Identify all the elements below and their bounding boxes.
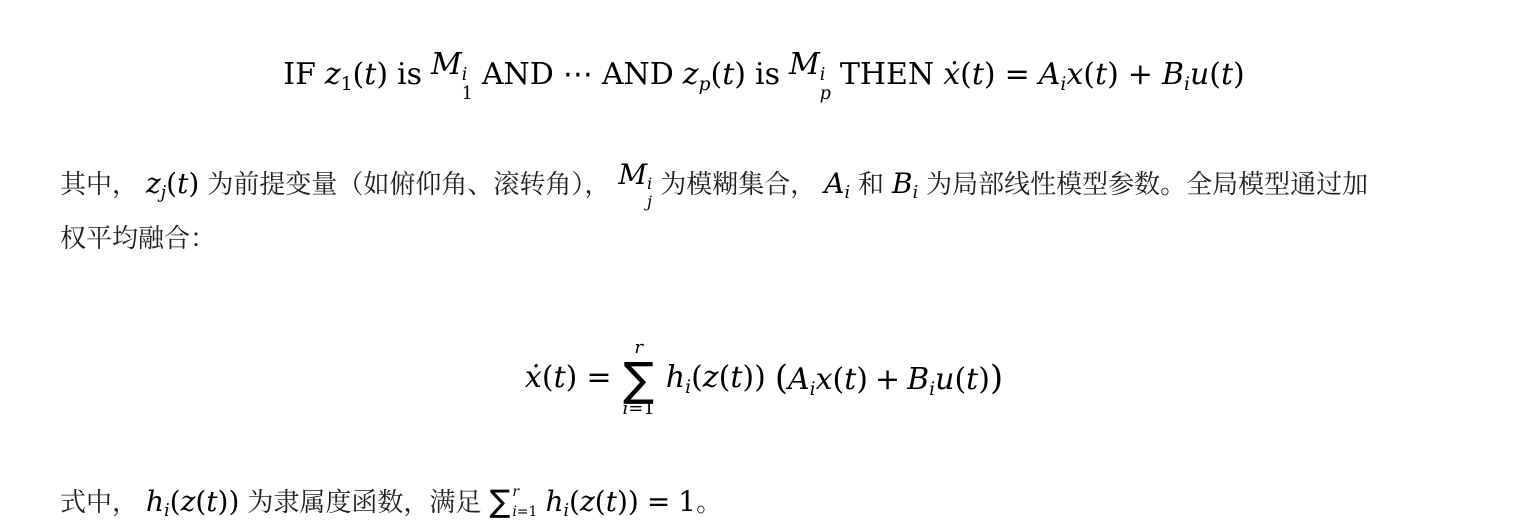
lparen: ( [711, 57, 723, 92]
sigma-symbol: ∑ [489, 487, 510, 518]
text-fuzzy-set: 为模糊集合， [660, 169, 816, 200]
text-local-linear-model: 为局部线性模型参数。全局模型通过加 [926, 169, 1368, 200]
rparen: ) [566, 360, 578, 395]
rparen: ) [376, 57, 388, 92]
rparen: ) [734, 57, 746, 92]
lparen: ( [832, 362, 844, 397]
lparen: ( [1083, 57, 1095, 92]
text-period: 。 [696, 487, 722, 517]
inline-math-zj-of-t: zj(t) [146, 167, 199, 201]
var-t: t [606, 485, 617, 518]
keyword-and: AND [482, 58, 554, 93]
global-model-formula: ẋ(t) = r ∑ i=1 hi(z(t)) (Aix(t)+Biu(t)) [60, 339, 1468, 418]
var-z: z [181, 485, 196, 518]
subscript-i: i [1060, 74, 1066, 95]
sum-lower-limit: i=1 [512, 505, 537, 519]
scripts-i-over-j: ij [647, 175, 652, 210]
term-one-period: 1。 [678, 486, 722, 518]
number-one: 1 [678, 485, 696, 518]
sum-lower-limit: i=1 [622, 400, 654, 418]
var-t: t [844, 362, 856, 397]
lparen: ( [954, 362, 966, 397]
paragraph1-line1: 其中， zj(t) 为前提变量（如俯仰角、滚转角）， Mij 为模糊集合， Ai… [60, 157, 1468, 211]
term-M1-sup-i: Mi1 [431, 48, 473, 103]
var-A: A [824, 167, 844, 200]
term-xdot-of-t: ẋ(t) [525, 361, 577, 396]
subscript-i: i [844, 183, 850, 203]
subscript-i: i [913, 183, 919, 203]
superscript-i: i [462, 66, 468, 84]
var-h: h [666, 360, 685, 395]
keyword-then: THEN [840, 58, 934, 93]
var-z: z [325, 57, 341, 92]
lparen: ( [195, 485, 206, 518]
var-t: t [177, 167, 188, 200]
term-zp-of-t: zp(t) [683, 58, 746, 93]
var-t: t [972, 57, 984, 92]
lparen: ( [353, 57, 365, 92]
plus-sign: + [1128, 58, 1153, 93]
keyword-and: AND [602, 58, 674, 93]
subscript-i: i [164, 501, 170, 521]
term-Ax-plus-Bu: (Aix(t)+Biu(t)) [775, 359, 1003, 398]
sum-side-limits: ri=1 [512, 485, 537, 519]
summation-operator: r ∑ i=1 [620, 339, 656, 418]
lparen: ( [542, 360, 554, 395]
cdots: ⋯ [563, 58, 593, 93]
document-page: IF z1(t) is Mi1 AND ⋯ AND zp(t) is Mip T… [0, 0, 1528, 528]
var-t: t [966, 362, 978, 397]
var-t: t [1095, 57, 1107, 92]
var-t: t [554, 360, 566, 395]
equals-sign: = [586, 361, 611, 396]
var-z: z [683, 57, 699, 92]
var-M: M [431, 47, 462, 82]
rparen: ) [742, 360, 754, 395]
var-u: u [935, 362, 954, 397]
superscript-i: i [820, 66, 826, 84]
scripts-i-over-1: i1 [462, 66, 473, 104]
text-weighted-average-fusion: 权平均融合： [60, 223, 216, 254]
rparen: ) [856, 362, 868, 397]
subscript-p: p [820, 85, 831, 103]
equals-one: =1 [517, 504, 538, 520]
rparen: ) [218, 485, 229, 518]
var-t: t [364, 57, 376, 92]
term-Bi-u-of-t: Biu(t) [1162, 58, 1245, 93]
text-shizhong: 式中， [60, 487, 138, 518]
equals-one: =1 [628, 398, 655, 419]
var-A: A [788, 362, 810, 397]
var-t: t [722, 57, 734, 92]
rparen: ) [617, 485, 628, 518]
var-x: x [1066, 57, 1083, 92]
lparen: ( [691, 360, 703, 395]
inline-math-hi-z-of-t: hi(z(t)) [545, 485, 638, 519]
subscript-i: i [810, 379, 816, 400]
keyword-is: is [397, 58, 422, 93]
paragraph1-line2: 权平均融合： [60, 211, 1468, 265]
text-premise-variable: 为前提变量（如俯仰角、滚转角）， [207, 169, 610, 200]
keyword-is: is [755, 58, 780, 93]
var-z: z [146, 167, 161, 200]
var-B: B [907, 362, 929, 397]
rparen: ) [984, 57, 996, 92]
var-M: M [789, 47, 820, 82]
subscript-1: 1 [462, 85, 473, 103]
var-h: h [545, 485, 563, 518]
subscript-i: i [685, 377, 691, 398]
lparen: ( [960, 57, 972, 92]
subscript-i: i [929, 379, 935, 400]
var-t: t [1221, 57, 1233, 92]
plus-sign: + [875, 362, 900, 397]
var-xdot: ẋ [943, 57, 960, 92]
text-qizhong: 其中， [60, 169, 138, 200]
term-hi-z-of-t: hi(z(t)) [666, 361, 766, 396]
text-he: 和 [858, 169, 884, 200]
var-z: z [580, 485, 595, 518]
lparen: ( [170, 485, 181, 518]
lparen-big: ( [775, 358, 788, 397]
inline-math-hi-z-of-t: hi(z(t)) [146, 485, 239, 519]
subscript-1: 1 [341, 74, 353, 95]
inline-math-Ai: Ai [824, 167, 850, 201]
rparen: ) [628, 485, 639, 518]
rparen: ) [1107, 57, 1119, 92]
term-xdot-of-t: ẋ(t) [943, 58, 995, 93]
var-z: z [703, 360, 719, 395]
var-t: t [206, 485, 217, 518]
var-xdot: ẋ [525, 360, 542, 395]
fuzzy-rule-formula: IF z1(t) is Mi1 AND ⋯ AND zp(t) is Mip T… [60, 48, 1468, 103]
lparen: ( [569, 485, 580, 518]
sum-upper-limit-r: r [512, 485, 537, 499]
rparen: ) [978, 362, 990, 397]
var-t: t [730, 360, 742, 395]
equals-sign: = [1005, 58, 1030, 93]
inline-math-Bi: Bi [892, 167, 918, 201]
term-Ai-x-of-t: Aix(t) [1039, 58, 1119, 93]
rparen-big: ) [990, 358, 1003, 397]
term-z1-of-t: z1(t) [325, 58, 388, 93]
lparen: ( [595, 485, 606, 518]
rparen: ) [228, 485, 239, 518]
var-h: h [146, 485, 164, 518]
var-A: A [1039, 57, 1061, 92]
var-B: B [1162, 57, 1184, 92]
paragraph-premise-variables: 其中， zj(t) 为前提变量（如俯仰角、滚转角）， Mij 为模糊集合， Ai… [60, 157, 1468, 265]
rparen: ) [1233, 57, 1245, 92]
term-Mp-sup-i: Mip [789, 48, 831, 103]
subscript-p: p [699, 74, 711, 95]
equals-sign: = [647, 485, 670, 519]
paragraph-membership-function: 式中， hi(z(t)) 为隶属度函数，满足 ∑ ri=1 hi(z(t)) =… [60, 475, 1468, 528]
rparen: ) [188, 167, 199, 200]
subscript-i: i [1184, 74, 1190, 95]
superscript-i: i [647, 175, 652, 192]
rparen: ) [754, 360, 766, 395]
inline-math-Mj-sup-i: Mij [618, 158, 652, 210]
lparen: ( [1209, 57, 1221, 92]
lparen: ( [166, 167, 177, 200]
var-u: u [1190, 57, 1209, 92]
sigma-symbol: ∑ [623, 357, 654, 400]
keyword-if: IF [283, 58, 316, 93]
var-x: x [816, 362, 833, 397]
text-membership-function: 为隶属度函数，满足 [247, 487, 481, 518]
subscript-j: j [161, 183, 166, 203]
inline-summation: ∑ ri=1 [489, 485, 537, 519]
subscript-j: j [647, 193, 652, 210]
lparen: ( [719, 360, 731, 395]
var-B: B [892, 167, 913, 200]
var-M: M [618, 158, 647, 191]
subscript-i: i [563, 501, 569, 521]
scripts-i-over-p: ip [820, 66, 831, 104]
